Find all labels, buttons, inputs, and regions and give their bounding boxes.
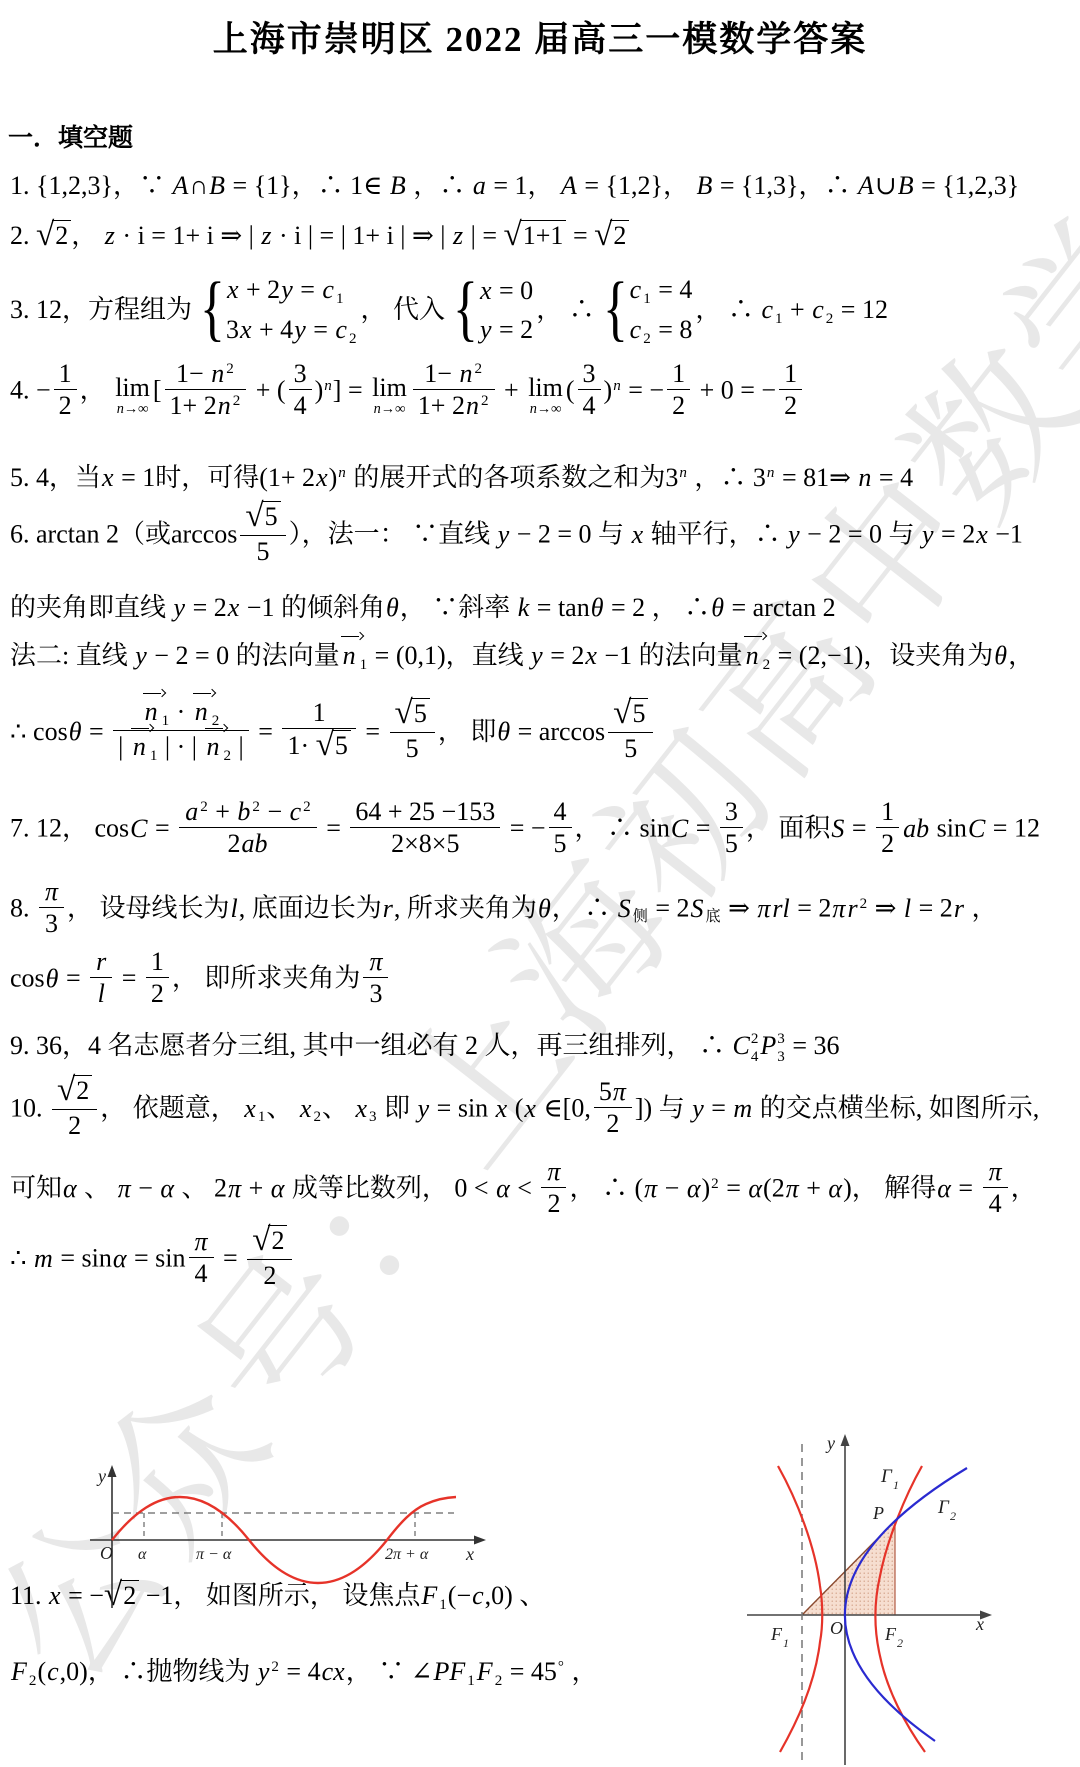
answer-line-2: 2. √2， z · i = 1+ i ⇒ | z · i | = | 1+ i…	[10, 220, 629, 253]
answer-line-10c: ∴ m = sinα = sinπ4 = √22	[10, 1228, 295, 1293]
x-axis-label: x	[465, 1544, 474, 1564]
answer-line-8b: cosθ = rl = 12， 即所求夹角为π3	[10, 950, 391, 1011]
answer-line-9: 9. 36，4 名志愿者分三组, 其中一组必有 2 人，再三组排列， ∴ C24…	[10, 1030, 840, 1066]
two-pi-plus-alpha-label: 2π + α	[385, 1546, 429, 1563]
answer-line-6c: 法二: 直线 y − 2 = 0 的法向量n1 = (0,1)，直线 y = 2…	[10, 640, 1034, 674]
focus-2-subscript: 2	[897, 1636, 903, 1650]
document-page: 公众号：上海初高中数学 上海市崇明区 2022 届高三一模数学答案 一．填空题 …	[0, 0, 1080, 1767]
answer-line-10: 10. √22， 依题意， x1、 x2、 x3 即 y = sin x (x …	[10, 1078, 1039, 1143]
answer-line-1: 1. {1,2,3}，∵ A∩B = {1}，∴ 1∈ B ，∴ a = 1， …	[10, 170, 1019, 203]
answer-line-6b: 的夹角即直线 y = 2x −1 的倾斜角θ， ∵斜率 k = tanθ = 2…	[10, 592, 836, 625]
y-axis-arrow-icon	[841, 1434, 850, 1446]
origin-label: O	[100, 1543, 113, 1563]
y-axis-arrow-icon	[108, 1465, 117, 1477]
x-axis-arrow-icon	[474, 1536, 486, 1545]
pi-minus-alpha-label: π − α	[196, 1546, 232, 1563]
focus-1-subscript: 1	[783, 1636, 789, 1650]
answer-line-5: 5. 4，当x = 1时，可得(1+ 2x)n 的展开式的各项系数之和为3n ，…	[10, 462, 913, 495]
gamma-2-subscript: 2	[950, 1509, 956, 1523]
focus-2-label: F	[884, 1624, 897, 1644]
answer-line-6d: ∴ cosθ = n1 · n2| n1 | · | n2 | = 11· √5…	[10, 700, 656, 768]
gamma-2-label: Γ	[937, 1497, 950, 1518]
section-heading: 一．填空题	[8, 118, 133, 154]
y-axis-label: y	[825, 1433, 835, 1453]
answer-line-10b: 可知α 、 π − α 、 2π + α 成等比数列， 0 < α < π2， …	[10, 1160, 1037, 1221]
point-p-label: P	[872, 1503, 884, 1523]
focus-1-label: F	[770, 1624, 783, 1644]
conic-figure: y x O P F 1 F 2 Γ 1 Γ 2	[735, 1428, 1080, 1767]
page-title: 上海市崇明区 2022 届高三一模数学答案	[0, 12, 1080, 62]
answer-line-3: 3. 12，方程组为{x + 2y = c13x + 4y = c2， 代入{x…	[10, 272, 888, 352]
answer-line-7: 7. 12， cosC = a2 + b2 − c22ab = 64 + 25 …	[10, 800, 1040, 861]
x-axis-label: x	[975, 1614, 984, 1634]
answer-line-8: 8. π3， 设母线长为l, 底面边长为r, 所求夹角为θ， ∴ S侧 = 2S…	[10, 880, 997, 941]
y-axis-label: y	[96, 1466, 106, 1486]
origin-label: O	[830, 1618, 843, 1638]
sine-figure: y O α π − α 2π + α x	[82, 1460, 492, 1618]
alpha-label: α	[138, 1546, 147, 1563]
gamma-1-label: Γ	[880, 1466, 893, 1487]
answer-line-6: 6. arctan 2（或arccos√55），法一： ∵直线 y − 2 = …	[10, 504, 1023, 569]
answer-line-4: 4. −12， limn→∞[1− n21+ 2n2 + (34)n] = li…	[10, 362, 805, 423]
gamma-1-subscript: 1	[893, 1478, 899, 1492]
answer-line-11b: F2(c,0)， ∴抛物线为 y2 = 4cx， ∵ ∠PF1F2 = 45° …	[10, 1656, 597, 1690]
